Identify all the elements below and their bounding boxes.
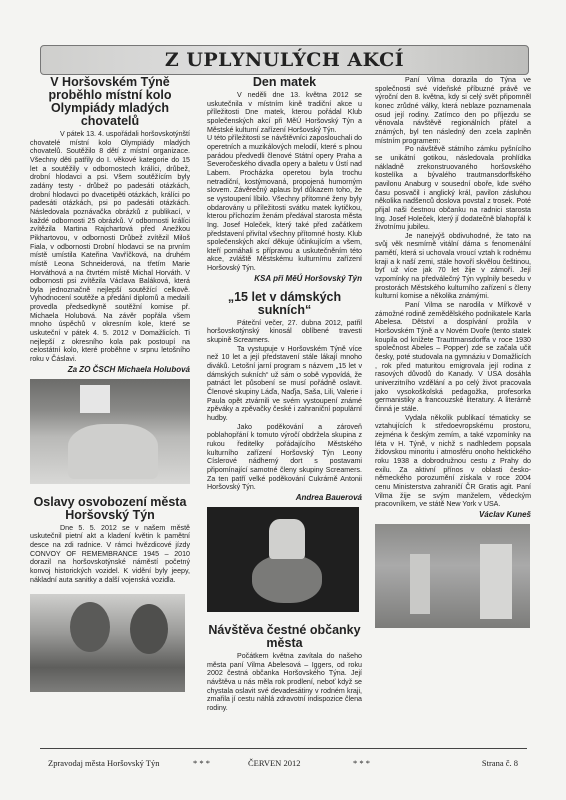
column-1: V Horšovském Týně proběhlo místní kolo O… (30, 76, 190, 696)
footer-publication: Zpravodaj města Horšovský Týn (48, 758, 160, 768)
article-body-oslavy: Dne 5. 5. 2012 se v našem městě uskutečn… (30, 524, 190, 585)
signature-olympiada: Za ZO ČSCH Michaela Holubová (30, 365, 190, 375)
footer-divider (40, 748, 527, 749)
photo-navsteva (375, 524, 530, 628)
section-title: Z UPLYNULÝCH AKCÍ (165, 49, 404, 71)
article-title-navsteva: Návštěva čestné občanky města (207, 624, 362, 650)
footer-page-number: Strana č. 8 (482, 758, 518, 768)
section-banner: Z UPLYNULÝCH AKCÍ (40, 45, 529, 75)
signature-sukne: Andrea Bauerová (207, 493, 362, 503)
article-body-den-matek-1: V neděli dne 13. května 2012 se uskutečn… (207, 91, 362, 134)
article-title-oslavy: Oslavy osvobození města Horšovský Týn (30, 496, 190, 522)
footer-separator-1: * * * (193, 758, 210, 768)
signature-navsteva: Václav Kuneš (375, 510, 531, 520)
article-body-sukne-2: Ta vystupuje v Horšovském Týně více než … (207, 345, 362, 423)
photo-convoy (30, 594, 185, 692)
article-body-navsteva-6: Vydala několik publikací tématicky se vz… (375, 414, 531, 509)
article-body-navsteva-5: Paní Vilma se narodila v Mířkově v zámož… (375, 301, 531, 414)
photo-chovatele (30, 379, 190, 484)
footer-separator-2: * * * (353, 758, 370, 768)
article-body-navsteva-3: Po návštěvě státního zámku pyšnícího se … (375, 145, 531, 232)
photo-dort (207, 507, 359, 612)
article-body-den-matek-2: U této příležitosti se návštěvníci zapos… (207, 134, 362, 273)
column-3: Paní Vilma dorazila do Týna ve společnos… (375, 76, 531, 632)
article-body-sukne-1: Páteční večer, 27. dubna 2012, patřil ho… (207, 319, 362, 345)
article-title-olympiada: V Horšovském Týně proběhlo místní kolo O… (30, 76, 190, 128)
article-body-olympiada: V pátek 13. 4. uspořádali horšovskotýnšt… (30, 130, 190, 364)
footer-issue: ČERVEN 2012 (248, 758, 300, 768)
signature-den-matek: KSA při MěÚ Horšovský Týn (207, 274, 362, 284)
article-body-sukne-3: Jako poděkování a zároveň poblahopřání k… (207, 423, 362, 492)
column-2: Den matek V neděli dne 13. května 2012 s… (207, 76, 362, 713)
article-title-den-matek: Den matek (207, 76, 362, 89)
article-body-navsteva-4: Je nanejvýš obdivuhodné, že tato na svůj… (375, 232, 531, 301)
article-title-sukne: „15 let v dámských sukních“ (207, 291, 362, 317)
article-body-navsteva-2: Paní Vilma dorazila do Týna ve společnos… (375, 76, 531, 145)
article-body-navsteva-1: Počátkem května zavítala do našeho města… (207, 652, 362, 713)
